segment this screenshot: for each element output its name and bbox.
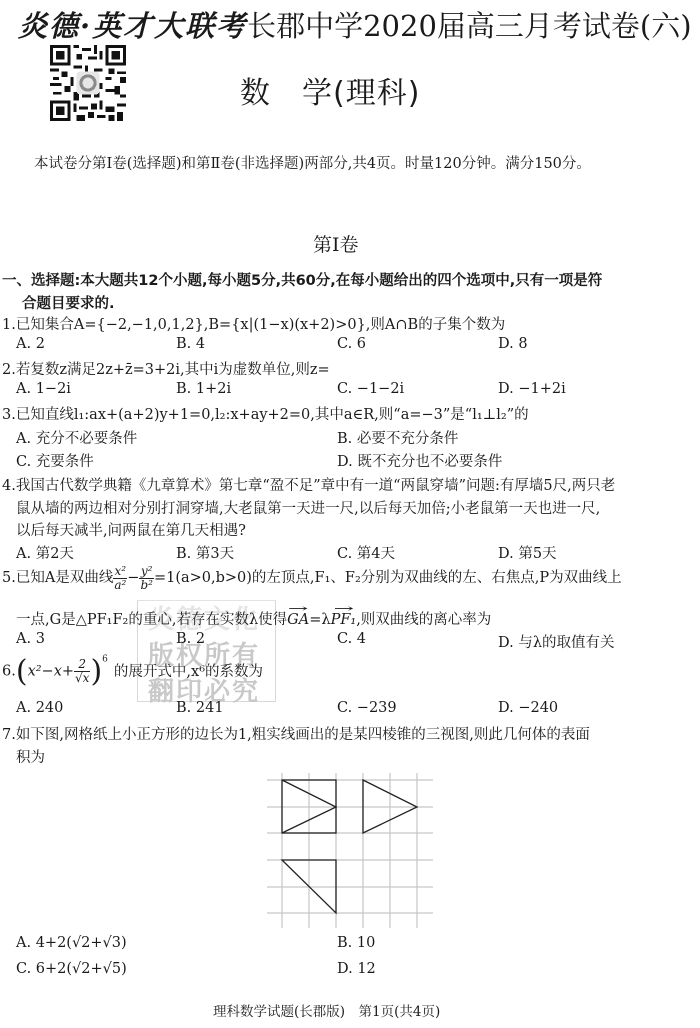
fraction-denominator: b² — [139, 579, 154, 592]
option-c: C. −239 — [337, 700, 397, 716]
section-header-cont: 合题目要求的. — [22, 292, 115, 313]
question-number: 3. — [2, 407, 16, 423]
option-d: D. 与λ的取值有关 — [498, 631, 615, 652]
question-stem-line: 以后每天减半,问两鼠在第几天相遇? — [16, 519, 246, 540]
question-stem: 已知集合A={−2,−1,0,1,2},B={x|(1−x)(x+2)>0},则… — [16, 317, 505, 333]
fraction-numerator: y² — [139, 565, 154, 579]
question-stem: ,则双曲线的离心率为 — [356, 612, 491, 628]
option-d: D. 12 — [337, 961, 376, 977]
question-6: 6.(x²−x+2√x)6的展开式中,x⁶的系数为 — [2, 654, 263, 689]
exponent: 6 — [102, 655, 108, 665]
question-5-line2: 一点,G是△PF₁F₂的重心,若存在实数λ使得GA=λPF₁,则双曲线的离心率为 — [16, 608, 491, 629]
question-4: 4.我国古代数学典籍《九章算术》第七章“盈不足”章中有一道“两鼠穿墙”问题:有厚… — [2, 474, 615, 495]
option-b: B. 4 — [176, 336, 205, 352]
option-a: A. 240 — [16, 700, 63, 716]
question-stem-line: 我国古代数学典籍《九章算术》第七章“盈不足”章中有一道“两鼠穿墙”问题:有厚墙5… — [16, 478, 615, 494]
fraction-numerator: x² — [113, 565, 127, 579]
option-d: D. −1+2i — [498, 381, 566, 397]
section-header: 一、选择题:本大题共12个小题,每小题5分,共60分,在每小题给出的四个选项中,… — [2, 269, 602, 290]
exam-instructions: 本试卷分第Ⅰ卷(选择题)和第Ⅱ卷(非选择题)两部分,共4页。时量120分钟。满分… — [34, 152, 591, 173]
question-stem-line: 鼠从墙的两边相对分别打洞穿墙,大老鼠第一天进一尺,以后每天加倍;小老鼠第一天也进… — [16, 497, 600, 518]
question-stem: 一点,G是△PF₁F₂的重心,若存在实数λ使得 — [16, 612, 287, 628]
option-c: C. −1−2i — [337, 381, 404, 397]
page-footer: 理科数学试题(长郡版) 第1页(共4页) — [213, 1000, 440, 1020]
question-stem: 已知直线l₁:ax+(a+2)y+1=0,l₂:x+ay+2=0,其中a∈R,则… — [16, 407, 529, 423]
question-number: 7. — [2, 727, 16, 743]
fraction: 2√x — [74, 658, 90, 684]
fraction-denominator: a² — [113, 579, 127, 592]
option-c: C. 6+2(√2+√5) — [16, 961, 127, 977]
option-b: B. 241 — [176, 700, 224, 716]
question-number: 6. — [2, 664, 16, 680]
open-paren: ( — [16, 654, 28, 689]
fraction: x²a² — [113, 565, 127, 591]
option-a: A. 充分不必要条件 — [16, 427, 137, 448]
close-paren: ) — [90, 654, 102, 689]
fraction-numerator: 2 — [74, 658, 90, 672]
question-stem: =1(a>0,b>0)的左顶点,F₁、F₂分别为双曲线的左、右焦点,P为双曲线上 — [154, 570, 622, 586]
question-stem: 若复数z满足2z+z̄=3+2i,其中i为虚数单位,则z= — [16, 362, 330, 378]
option-d: D. 8 — [498, 336, 528, 352]
question-3: 3.已知直线l₁:ax+(a+2)y+1=0,l₂:x+ay+2=0,其中a∈R… — [2, 403, 529, 424]
option-c: C. 第4天 — [337, 542, 395, 563]
question-stem: 已知A是双曲线 — [16, 570, 113, 586]
fraction: y²b² — [139, 565, 154, 591]
vector-pf1: PF₁ — [331, 612, 357, 628]
question-1: 1.已知集合A={−2,−1,0,1,2},B={x|(1−x)(x+2)>0}… — [2, 313, 505, 334]
option-a: A. 1−2i — [16, 381, 71, 397]
option-a: A. 2 — [16, 336, 45, 352]
qr-code-icon — [49, 45, 127, 121]
option-c: C. 6 — [337, 336, 366, 352]
option-d: D. 既不充分也不必要条件 — [337, 450, 502, 471]
exam-title: 长郡中学2020届高三月考试卷(六) — [247, 9, 691, 43]
operator: − — [127, 570, 139, 586]
option-b: B. 2 — [176, 631, 205, 647]
option-c: C. 充要条件 — [16, 450, 94, 471]
question-2: 2.若复数z满足2z+z̄=3+2i,其中i为虚数单位,则z= — [2, 358, 330, 379]
option-a: A. 3 — [16, 631, 45, 647]
expression: x²−x+ — [28, 664, 74, 680]
question-stem: 的展开式中,x⁶的系数为 — [114, 664, 263, 680]
subject-title: 数 学(理科) — [240, 68, 420, 112]
exam-brand: 炎德·英才大联考 — [18, 9, 247, 43]
vector-ga: GA — [287, 612, 309, 628]
fraction-denominator: √x — [74, 672, 90, 685]
volume-title: 第Ⅰ卷 — [313, 230, 359, 257]
question-stem-line: 积为 — [16, 746, 45, 767]
option-a: A. 4+2(√2+√3) — [16, 935, 127, 951]
three-view-figure — [265, 773, 440, 933]
option-a: A. 第2天 — [16, 542, 74, 563]
option-d: D. −240 — [498, 700, 558, 716]
option-b: B. 1+2i — [176, 381, 231, 397]
option-b: B. 第3天 — [176, 542, 234, 563]
question-7: 7.如下图,网格纸上小正方形的边长为1,粗实线画出的是某四棱锥的三视图,则此几何… — [2, 723, 590, 744]
question-5: 5.已知A是双曲线x²a²−y²b²=1(a>0,b>0)的左顶点,F₁、F₂分… — [2, 565, 622, 591]
question-number: 4. — [2, 478, 16, 494]
option-d: D. 第5天 — [498, 542, 557, 563]
option-b: B. 10 — [337, 935, 375, 951]
option-b: B. 必要不充分条件 — [337, 427, 458, 448]
question-number: 2. — [2, 362, 16, 378]
question-number: 5. — [2, 570, 16, 586]
option-c: C. 4 — [337, 631, 366, 647]
question-number: 1. — [2, 317, 16, 333]
exam-header-title: 炎德·英才大联考长郡中学2020届高三月考试卷(六) — [18, 4, 692, 45]
question-stem-line: 如下图,网格纸上小正方形的边长为1,粗实线画出的是某四棱锥的三视图,则此几何体的… — [16, 727, 590, 743]
